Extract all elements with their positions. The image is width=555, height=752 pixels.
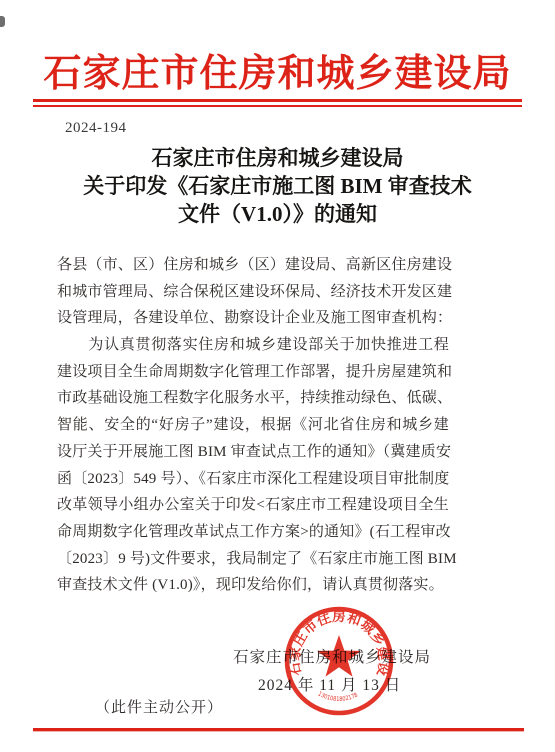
document-title-line: 文件（V1.0）》的通知 <box>0 200 555 228</box>
body-line: 命周期数字化管理改革试点工作方案>的通知》(石工程审改 <box>57 519 449 546</box>
footer-divider-rule <box>33 728 524 731</box>
body-line: 〔2023〕9 号)文件要求，我局制定了《石家庄市施工图 BIM <box>57 546 449 573</box>
body-line: 函〔2023〕549 号）、《石家庄市深化工程建设项目审批制度 <box>57 466 449 493</box>
seal-star-icon <box>317 635 361 677</box>
document-title-line: 关于印发《石家庄市施工图 BIM 审查技术 <box>0 172 555 200</box>
body-line: 设管理局，各建设单位、勘察设计企业及施工图审查机构： <box>57 305 449 332</box>
scan-artifact <box>0 16 5 27</box>
body-line: 为认真贯彻落实住房和城乡建设部关于加快推进工程 <box>57 332 449 359</box>
official-seal: 石家庄市住房和城乡建设局 1301081802178 <box>264 586 414 736</box>
seal-ring-text: 石家庄市住房和城乡建设局 <box>264 586 392 678</box>
notice-body: 各县（市、区）住房和城乡（区）建设局、高新区住房建设 和城市管理局、综合保税区建… <box>57 252 449 599</box>
document-number: 2024-194 <box>65 120 127 137</box>
body-line: 各县（市、区）住房和城乡（区）建设局、高新区住房建设 <box>57 252 449 279</box>
public-disclosure-note: （此件主动公开） <box>95 696 223 717</box>
official-notice-page: 石家庄市住房和城乡建设局 2024-194 石家庄市住房和城乡建设局 关于印发《… <box>0 0 555 752</box>
seal-code-text: 1301081802178 <box>317 691 359 703</box>
document-title: 石家庄市住房和城乡建设局 关于印发《石家庄市施工图 BIM 审查技术 文件（V1… <box>0 144 555 228</box>
body-line: 市政基础设施工程数字化服务水平，持续推动绿色、低碳、 <box>57 385 449 412</box>
masthead-divider-rule <box>33 99 522 107</box>
body-line: 设厅关于开展施工图 BIM 审查试点工作的通知》（冀建质安 <box>57 439 449 466</box>
body-line: 改革领导小组办公室关于印发<石家庄市工程建设项目全生 <box>57 492 449 519</box>
document-title-line: 石家庄市住房和城乡建设局 <box>0 144 555 172</box>
body-line: 智能、安全的“好房子”建设，根据《河北省住房和城乡建 <box>57 412 449 439</box>
body-line: 建设项目全生命周期数字化管理工作部署，提升房屋建筑和 <box>57 359 449 386</box>
body-line: 和城市管理局、综合保税区建设环保局、经济技术开发区建 <box>57 279 449 306</box>
masthead-agency-name: 石家庄市住房和城乡建设局 <box>0 42 555 97</box>
